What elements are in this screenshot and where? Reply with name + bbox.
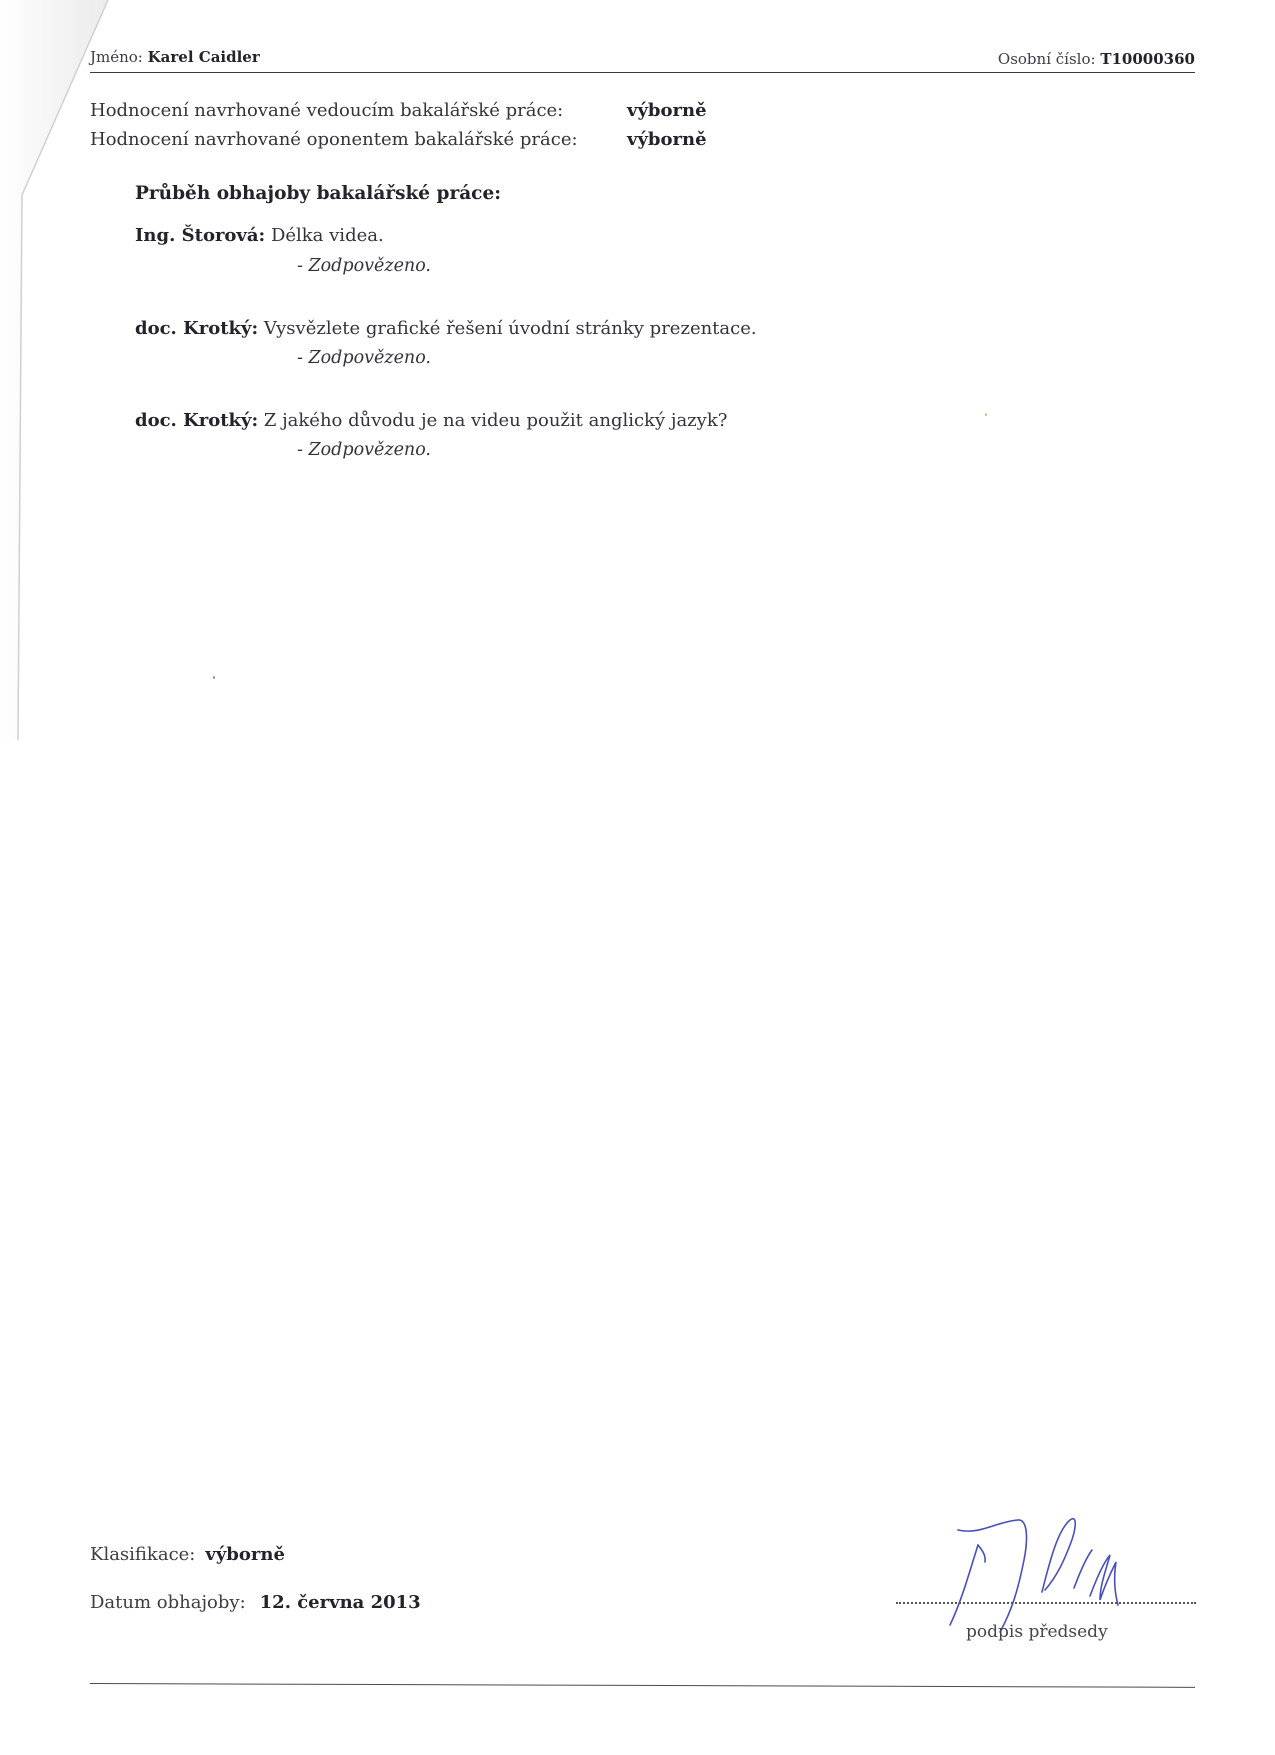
grade-supervisor: Hodnocení navrhované vedoucím bakalářské… (90, 100, 707, 121)
answer-text: - Zodpovězeno. (297, 256, 431, 276)
scan-speck (213, 676, 215, 679)
question-item: doc. Krotký: Vysvězlete grafické řešení … (135, 318, 757, 339)
defense-date: Datum obhajoby:12. června 2013 (90, 1592, 421, 1613)
name-value: Karel Caidler (148, 48, 260, 66)
examiner-name: doc. Krotký: (135, 318, 258, 339)
classification: Klasifikace:výborně (90, 1544, 285, 1565)
id-label: Osobní číslo: (998, 50, 1096, 68)
footer-divider (90, 1683, 1195, 1688)
answer-text: - Zodpovězeno. (297, 348, 431, 368)
date-value: 12. června 2013 (260, 1592, 421, 1613)
question-text: Délka videa. (271, 225, 384, 246)
scan-speck (985, 413, 987, 416)
examiner-name: doc. Krotký: (135, 410, 258, 431)
name-label: Jméno: (90, 48, 143, 66)
answer-text: - Zodpovězeno. (297, 440, 431, 460)
date-label: Datum obhajoby: (90, 1592, 246, 1613)
grade-label: Hodnocení navrhované vedoucím bakalářské… (90, 100, 627, 121)
classification-label: Klasifikace: (90, 1544, 195, 1565)
personal-number: Osobní číslo: T10000360 (998, 50, 1195, 68)
question-item: Ing. Štorová: Délka videa. (135, 225, 384, 246)
grade-value: výborně (627, 100, 707, 121)
signature-label: podpis předsedy (966, 1622, 1108, 1642)
classification-value: výborně (205, 1544, 285, 1565)
student-name: Jméno: Karel Caidler (90, 48, 260, 66)
grade-value: výborně (627, 129, 707, 150)
chairman-signature (900, 1500, 1160, 1635)
defense-title: Průběh obhajoby bakalářské práce: (135, 183, 501, 204)
document-header: Jméno: Karel Caidler Osobní číslo: T1000… (90, 42, 1195, 73)
grade-opponent: Hodnocení navrhované oponentem bakalářsk… (90, 129, 707, 150)
grade-label: Hodnocení navrhované oponentem bakalářsk… (90, 129, 627, 150)
examiner-name: Ing. Štorová: (135, 225, 265, 246)
signature-line (896, 1596, 1196, 1604)
question-text: Z jakého důvodu je na videu použit angli… (264, 410, 728, 431)
question-item: doc. Krotký: Z jakého důvodu je na videu… (135, 410, 727, 431)
id-value: T10000360 (1100, 50, 1195, 68)
question-text: Vysvězlete grafické řešení úvodní stránk… (264, 318, 757, 339)
